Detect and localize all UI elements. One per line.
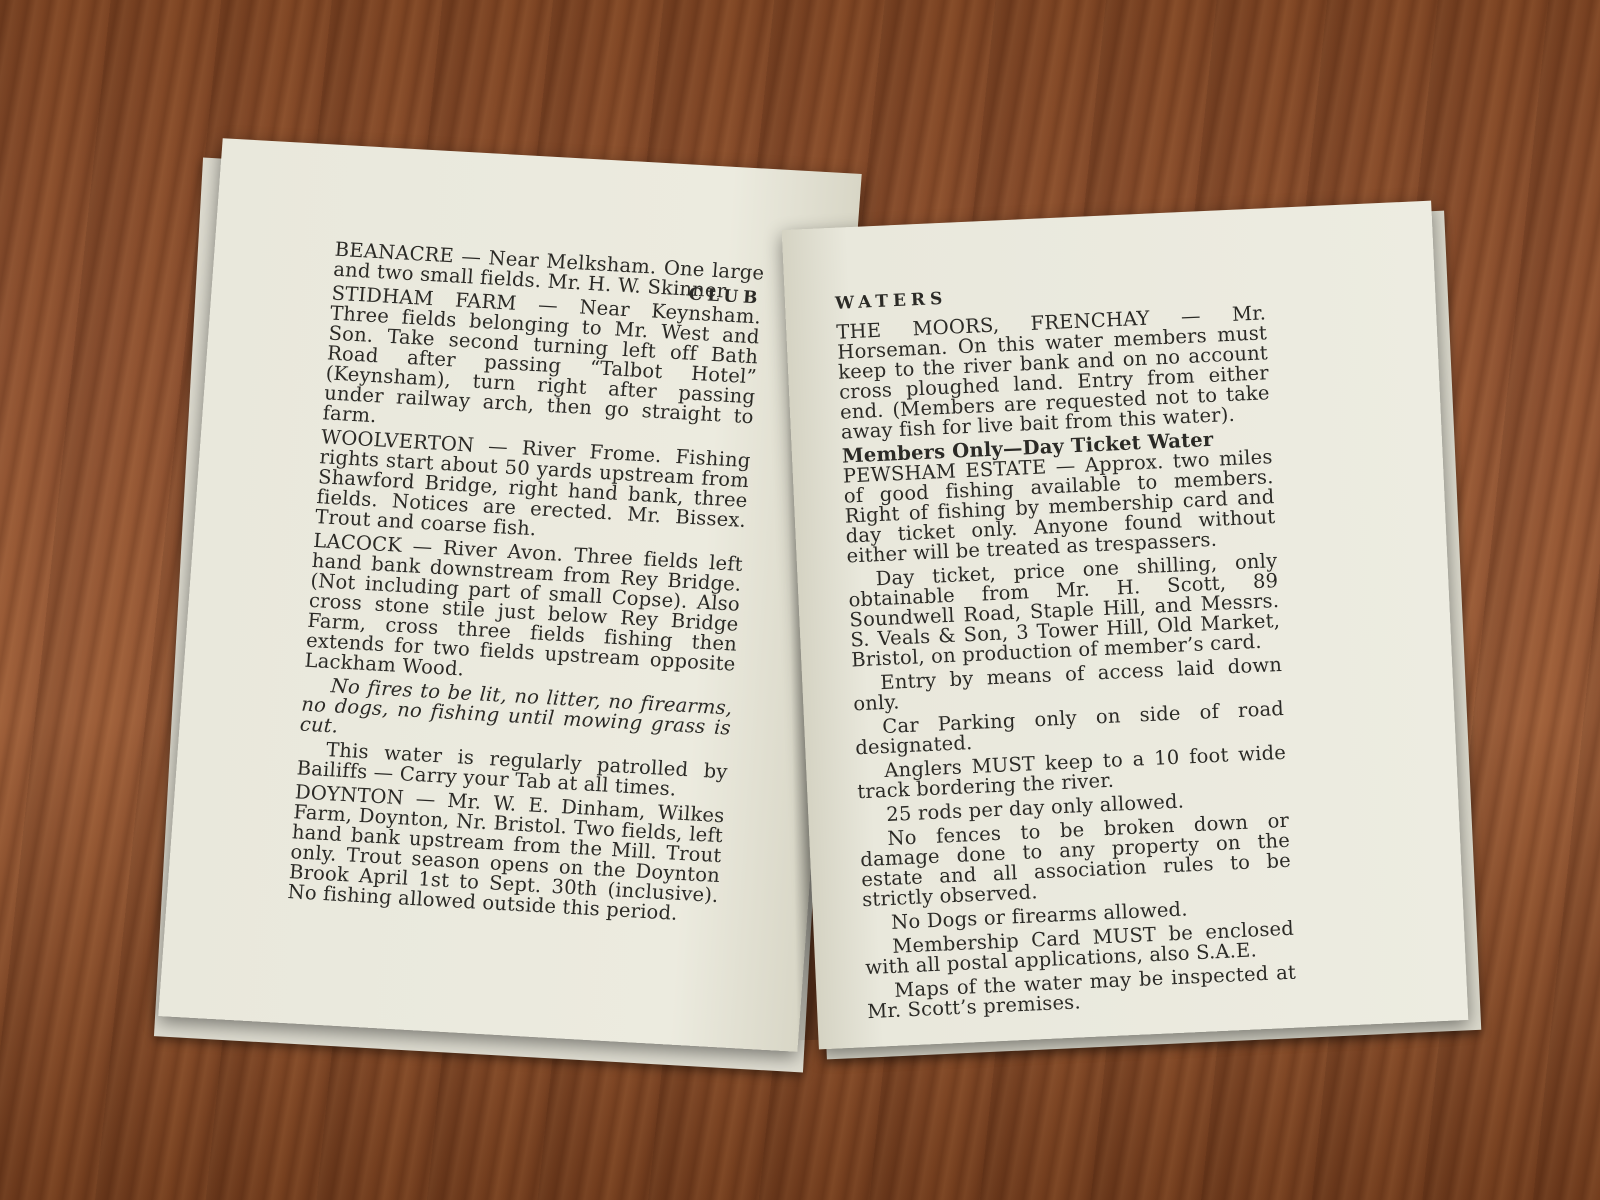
entry-body: Fishing rights start about 50 yards upst… [314,445,751,540]
rule-day-ticket: Day ticket, price one shilling, only obt… [847,551,1281,670]
rule-no-fences: No fences to be broken down or damage do… [859,811,1292,910]
entry-body: Two fields, left hand bank upstream from… [287,816,724,925]
entry-stidham-farm: STIDHAM FARM — Near Keynsham. Three fiel… [322,284,762,448]
entry-body: Three fields left hand bank downstream f… [304,544,744,681]
entry-the-moors: THE MOORS, FRENCHAY — Mr. Horseman. On t… [836,303,1271,442]
right-running-header: WATERS [835,289,948,314]
left-page-text: BEANACRE — Near Melksham. One large and … [287,240,765,930]
fishing-booklet: CLUB BEANACRE — Near Melksham. One large… [0,0,1600,1200]
right-page: WATERS THE MOORS, FRENCHAY — Mr. Horsema… [782,201,1469,1050]
entry-lacock: LACOCK — River Avon. Three fields left h… [304,531,744,695]
entry-doynton: DOYNTON — Mr. W. E. Dinham, Wilkes Farm,… [287,782,725,926]
entry-pewsham-estate: PEWSHAM ESTATE — Approx. two miles of go… [843,447,1277,566]
left-page: CLUB BEANACRE — Near Melksham. One large… [158,138,861,1051]
right-page-text: THE MOORS, FRENCHAY — Mr. Horseman. On t… [836,303,1297,1026]
